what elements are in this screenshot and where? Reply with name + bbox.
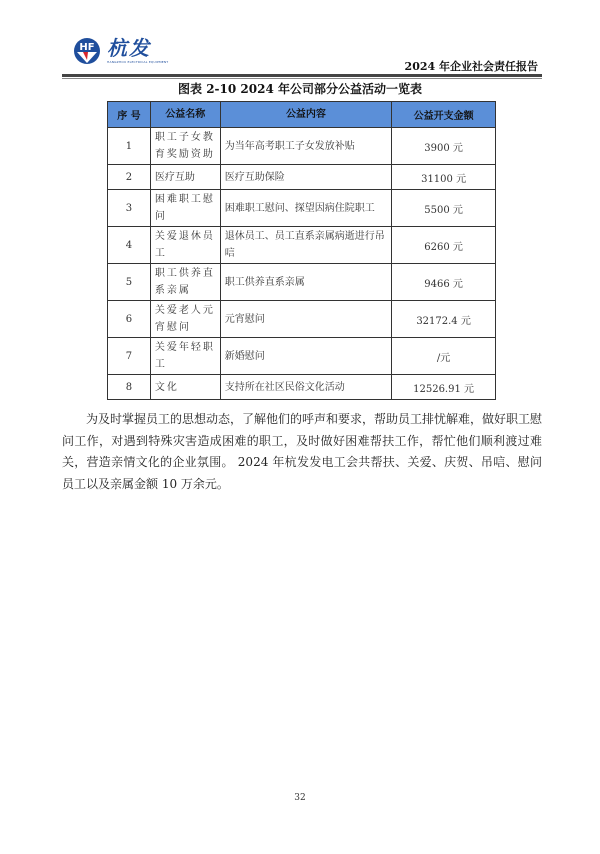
cell-content: 支持所在社区民俗文化活动 bbox=[220, 375, 391, 400]
cell-amount: 5500 元 bbox=[392, 190, 496, 227]
table-row: 5 职工供养直系亲属 职工供养直系亲属 9466 元 bbox=[108, 264, 496, 301]
cell-content: 新婚慰问 bbox=[220, 338, 391, 375]
column-header-amount: 公益开支金额 bbox=[392, 102, 496, 128]
cell-content: 困难职工慰问、探望因病住院职工 bbox=[220, 190, 391, 227]
page-number: 32 bbox=[0, 793, 600, 803]
table-row: 7 关爱年轻职工 新婚慰问 /元 bbox=[108, 338, 496, 375]
cell-content: 医疗互助保险 bbox=[220, 165, 391, 190]
cell-no: 5 bbox=[108, 264, 151, 301]
table-row: 2 医疗互助 医疗互助保险 31100 元 bbox=[108, 165, 496, 190]
column-header-no: 序 号 bbox=[108, 102, 151, 128]
table-row: 3 困难职工慰问 困难职工慰问、探望因病住院职工 5500 元 bbox=[108, 190, 496, 227]
cell-no: 6 bbox=[108, 301, 151, 338]
cell-content: 职工供养直系亲属 bbox=[220, 264, 391, 301]
cell-amount: 12526.91 元 bbox=[392, 375, 496, 400]
table-header-row: 序 号 公益名称 公益内容 公益开支金额 bbox=[108, 102, 496, 128]
svg-text:HF: HF bbox=[79, 42, 94, 53]
cell-no: 1 bbox=[108, 128, 151, 165]
cell-content: 退休员工、员工直系亲属病逝进行吊唁 bbox=[220, 227, 391, 264]
column-header-name: 公益名称 bbox=[150, 102, 220, 128]
cell-no: 7 bbox=[108, 338, 151, 375]
cell-name: 职工子女教育奖励资助 bbox=[150, 128, 220, 165]
company-logo: HF 杭发 HANGZHOU ELECTRICAL EQUIPMENT bbox=[73, 37, 168, 65]
column-header-content: 公益内容 bbox=[220, 102, 391, 128]
cell-no: 3 bbox=[108, 190, 151, 227]
table-caption: 图表 2-10 2024 年公司部分公益活动一览表 bbox=[0, 80, 600, 97]
cell-name: 困难职工慰问 bbox=[150, 190, 220, 227]
table-row: 1 职工子女教育奖励资助 为当年高考职工子女发放补贴 3900 元 bbox=[108, 128, 496, 165]
cell-amount: /元 bbox=[392, 338, 496, 375]
cell-name: 关爱年轻职工 bbox=[150, 338, 220, 375]
table-row: 8 文化 支持所在社区民俗文化活动 12526.91 元 bbox=[108, 375, 496, 400]
logo-chinese-text: 杭发 bbox=[107, 38, 168, 58]
body-paragraph: 为及时掌握员工的思想动态，了解他们的呼声和要求，帮助员工排忧解难，做好职工慰问工… bbox=[62, 409, 542, 495]
cell-no: 4 bbox=[108, 227, 151, 264]
report-title: 2024 年企业社会责任报告 bbox=[405, 58, 538, 74]
cell-name: 职工供养直系亲属 bbox=[150, 264, 220, 301]
cell-amount: 32172.4 元 bbox=[392, 301, 496, 338]
cell-amount: 31100 元 bbox=[392, 165, 496, 190]
table-row: 6 关爱老人元宵慰问 元宵慰问 32172.4 元 bbox=[108, 301, 496, 338]
header-divider-thin bbox=[62, 78, 542, 79]
cell-amount: 6260 元 bbox=[392, 227, 496, 264]
public-welfare-table: 序 号 公益名称 公益内容 公益开支金额 1 职工子女教育奖励资助 为当年高考职… bbox=[107, 101, 496, 400]
cell-amount: 3900 元 bbox=[392, 128, 496, 165]
hf-logo-icon: HF bbox=[73, 37, 101, 65]
table-row: 4 关爱退休员工 退休员工、员工直系亲属病逝进行吊唁 6260 元 bbox=[108, 227, 496, 264]
logo-english-text: HANGZHOU ELECTRICAL EQUIPMENT bbox=[107, 60, 168, 64]
cell-no: 2 bbox=[108, 165, 151, 190]
header-divider bbox=[62, 74, 542, 77]
cell-amount: 9466 元 bbox=[392, 264, 496, 301]
cell-name: 文化 bbox=[150, 375, 220, 400]
cell-name: 关爱老人元宵慰问 bbox=[150, 301, 220, 338]
cell-no: 8 bbox=[108, 375, 151, 400]
cell-content: 元宵慰问 bbox=[220, 301, 391, 338]
cell-content: 为当年高考职工子女发放补贴 bbox=[220, 128, 391, 165]
cell-name: 医疗互助 bbox=[150, 165, 220, 190]
document-page: HF 杭发 HANGZHOU ELECTRICAL EQUIPMENT 2024… bbox=[0, 0, 600, 854]
cell-name: 关爱退休员工 bbox=[150, 227, 220, 264]
